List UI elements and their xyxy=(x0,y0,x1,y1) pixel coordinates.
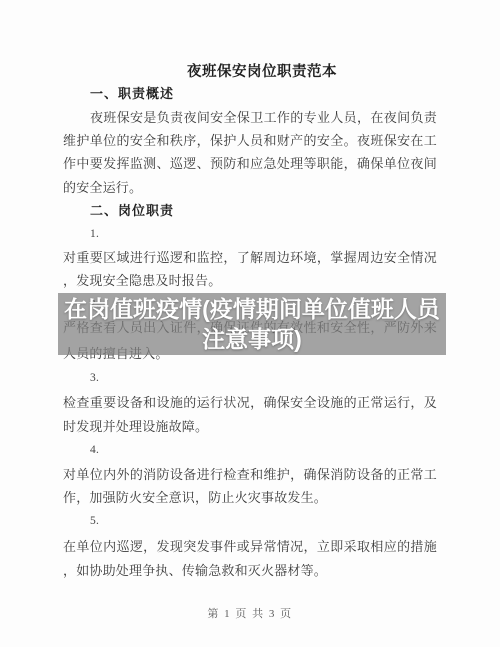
page-number-footer: 第 1 页 共 3 页 xyxy=(0,605,500,621)
list-number-3: 3. xyxy=(90,371,99,386)
list-number-5: 5. xyxy=(90,514,99,529)
overlay-banner-line1: 在岗值班疫情(疫情期间单位值班人员 xyxy=(64,294,440,324)
paragraph-line: ，发现安全隐患及时报告。 xyxy=(63,273,221,288)
section-heading-1: 一、职责概述 xyxy=(90,86,174,101)
list-number-1: 1. xyxy=(90,227,99,242)
paragraph-line: 时发现并处理设施故障。 xyxy=(63,419,208,434)
paragraph-line: 作中要发挥监测、巡逻、预防和应急处理等职能，确保单位夜间 xyxy=(63,156,437,171)
paragraph-line: 维护单位的安全和秩序，保护人员和财产的安全。夜班保安在工 xyxy=(63,133,437,148)
list-number-4: 4. xyxy=(90,443,99,458)
paragraph-line: 在单位内巡逻，发现突发事件或异常情况，立即采取相应的措施 xyxy=(63,539,437,554)
paragraph-line: 对重要区域进行巡逻和监控，了解周边环境，掌握周边安全情况 xyxy=(63,250,437,265)
paragraph-line: 检查重要设备和设施的运行状况，确保安全设施的正常运行，及 xyxy=(63,395,437,410)
page-title: 夜班保安岗位职责范本 xyxy=(63,60,461,81)
watermark-overlay-banner: 在岗值班疫情(疫情期间单位值班人员 注意事项) xyxy=(58,293,446,355)
paragraph-line: ，如协助处理争执、传输急救和灭火器材等。 xyxy=(63,563,327,578)
section-heading-2: 二、岗位职责 xyxy=(90,203,174,218)
document-page: 夜班保安岗位职责范本 一、职责概述 夜班保安是负责夜间安全保卫工作的专业人员，在… xyxy=(0,0,500,647)
overlay-banner-line2: 注意事项) xyxy=(202,324,302,354)
paragraph-line: 夜班保安是负责夜间安全保卫工作的专业人员，在夜间负责 xyxy=(63,110,437,125)
paragraph-line: 作，加强防火安全意识，防止火灾事故发生。 xyxy=(63,490,327,505)
paragraph-line: 对单位内外的消防设备进行检查和维护，确保消防设备的正常工 xyxy=(63,467,437,482)
paragraph-line: 的安全运行。 xyxy=(63,180,142,195)
